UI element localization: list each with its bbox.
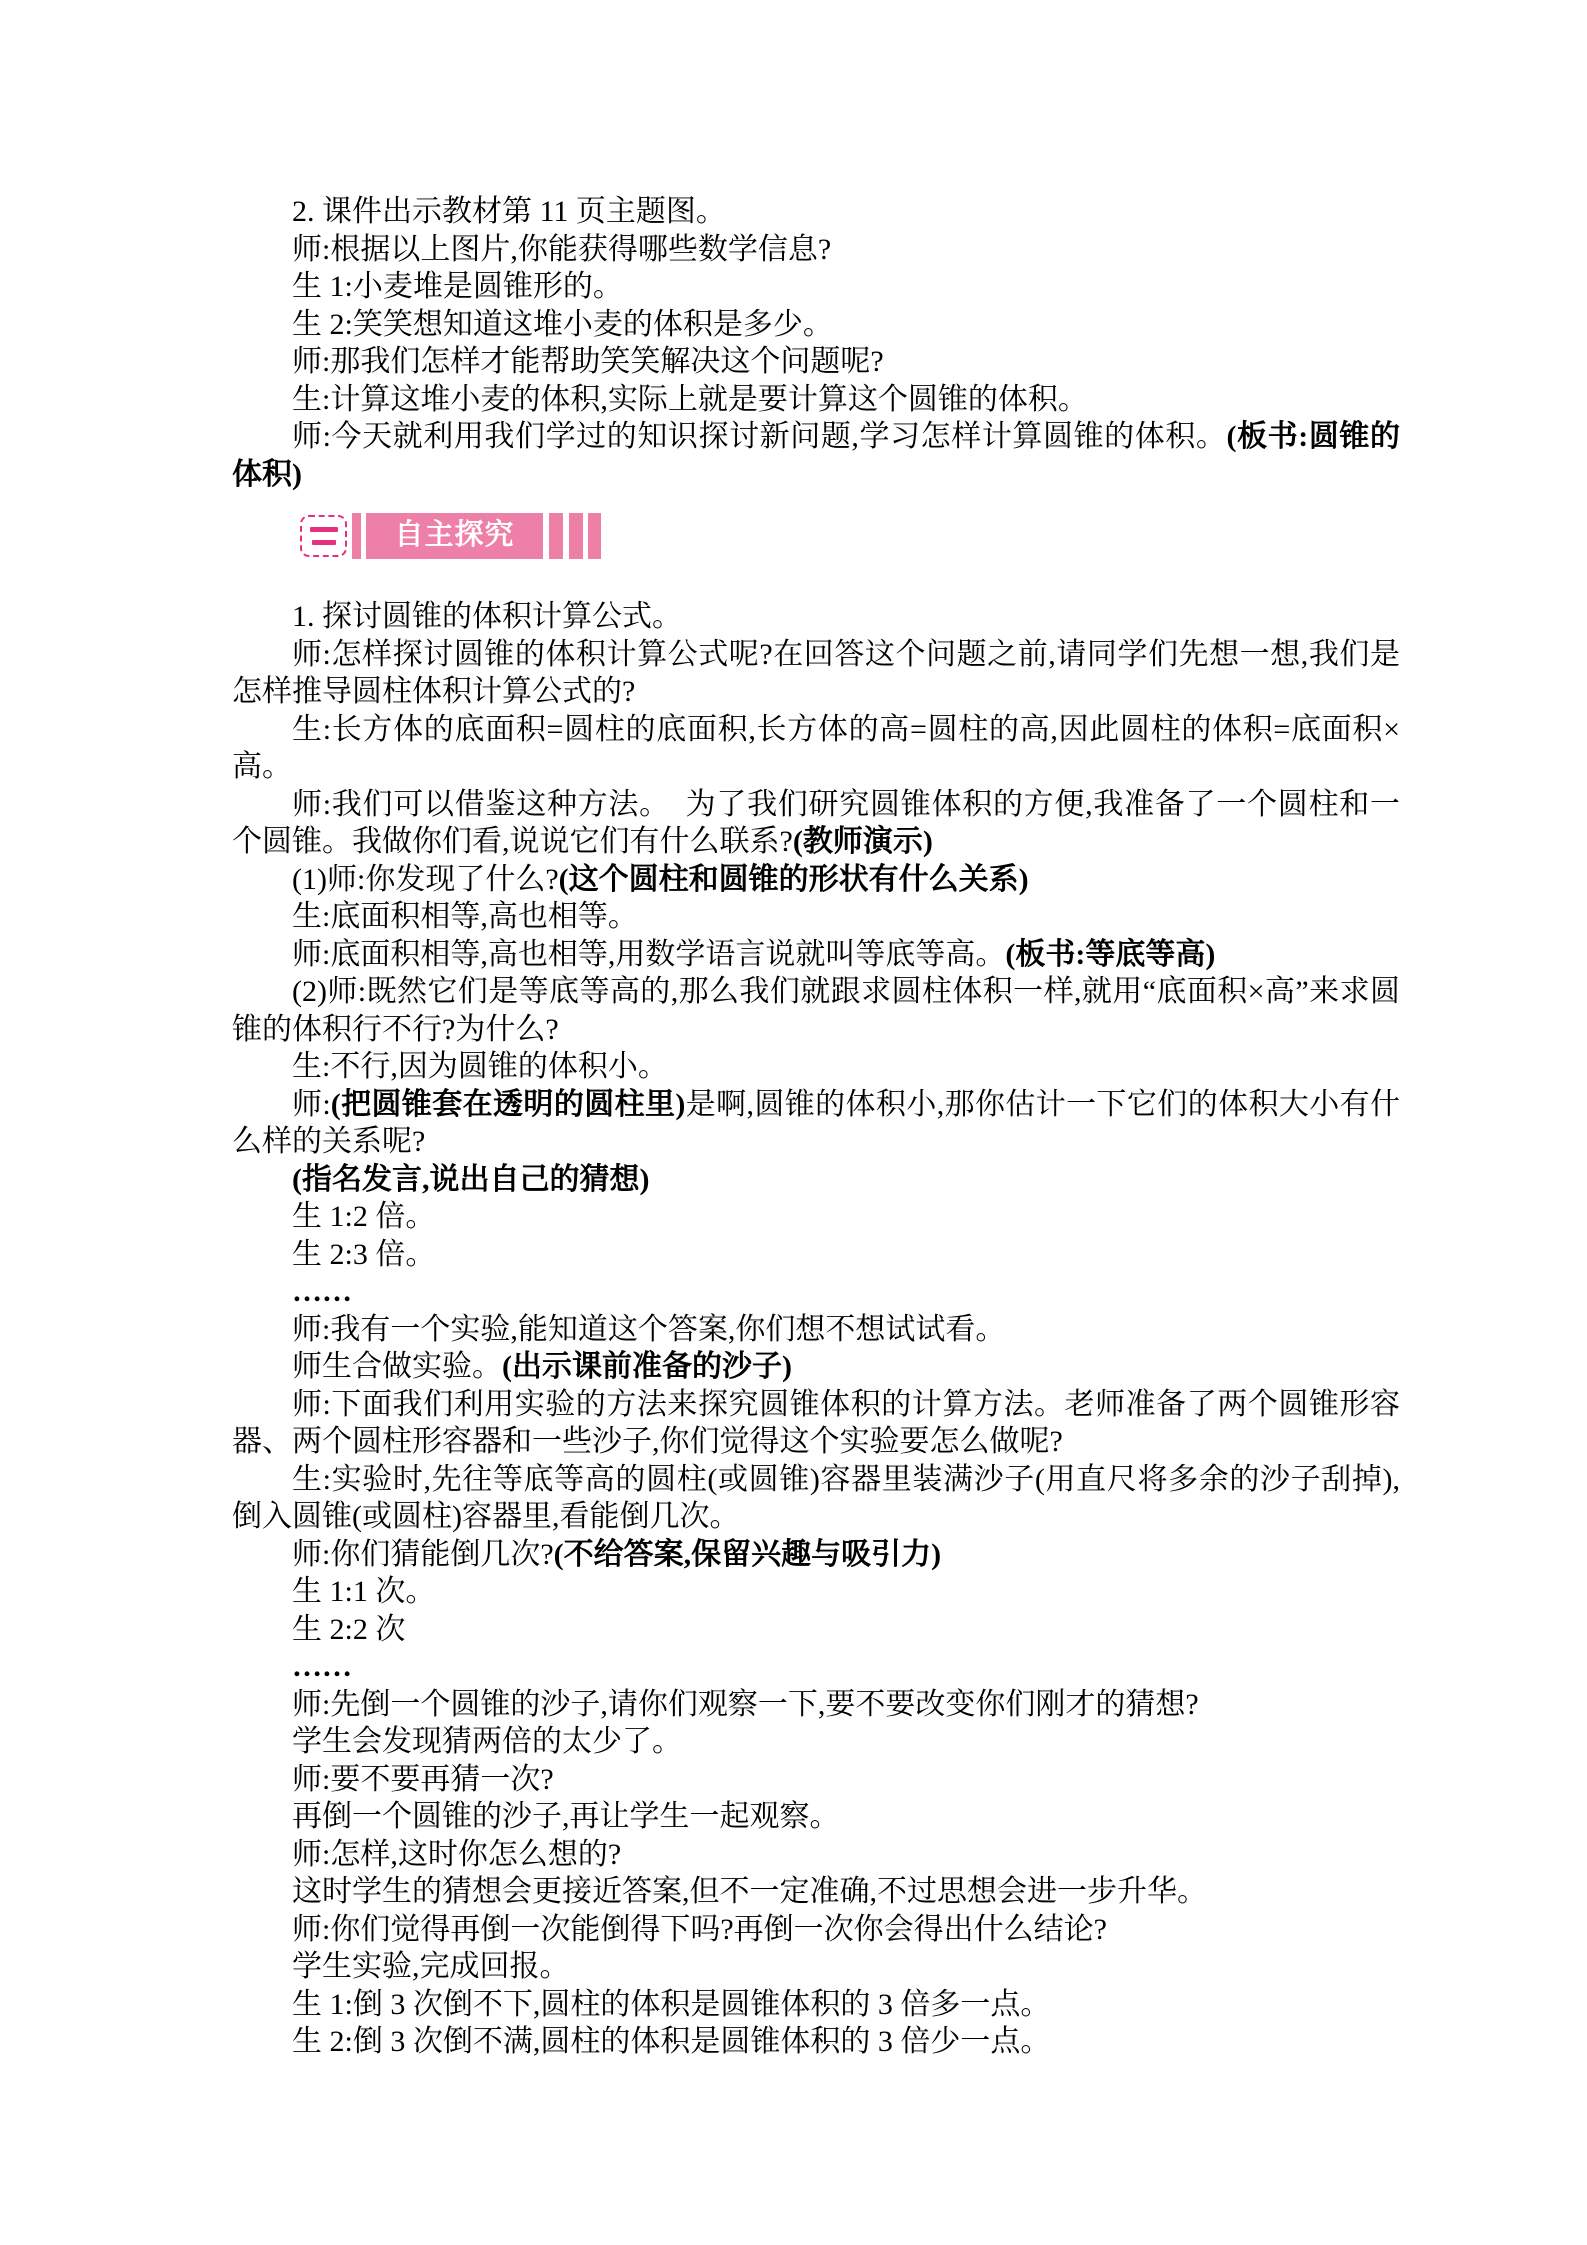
text-run: 生 2:2 次 xyxy=(292,1613,405,1646)
text-run: 生:不行,因为圆锥的体积小。 xyxy=(292,1050,668,1083)
paragraph: 2. 课件出示教材第 11 页主题图。 xyxy=(232,193,1400,231)
text-run: …… xyxy=(292,1275,352,1308)
paragraph: 生:实验时,先往等底等高的圆柱(或圆锥)容器里装满沙子(用直尺将多余的沙子刮掉)… xyxy=(232,1461,1400,1536)
text-run: 师:先倒一个圆锥的沙子,请你们观察一下,要不要改变你们刚才的猜想? xyxy=(292,1688,1199,1721)
text-run: 师:怎样,这时你怎么想的? xyxy=(292,1838,621,1871)
paragraph: 生 2:3 倍。 xyxy=(232,1236,1400,1274)
text-run: 师:下面我们利用实验的方法来探究圆锥体积的计算方法。老师准备了两个圆锥形容器、两… xyxy=(232,1388,1400,1459)
paragraph: (指名发言,说出自己的猜想) xyxy=(232,1161,1400,1199)
text-run: 师:你们猜能倒几次? xyxy=(292,1538,554,1571)
paragraph: 学生会发现猜两倍的太少了。 xyxy=(232,1723,1400,1761)
text-run: 师生合做实验。 xyxy=(292,1350,502,1383)
paragraph: (2)师:既然它们是等底等高的,那么我们就跟求圆柱体积一样,就用“底面积×高”来… xyxy=(232,973,1400,1048)
paragraph: 师:我们可以借鉴这种方法。 为了我们研究圆锥体积的方便,我准备了一个圆柱和一个圆… xyxy=(232,786,1400,861)
banner-bar xyxy=(569,513,583,559)
text-run: 学生会发现猜两倍的太少了。 xyxy=(292,1725,682,1758)
section-title: 自主探究 xyxy=(366,513,543,559)
paragraph: 师:底面积相等,高也相等,用数学语言说就叫等底等高。(板书:等底等高) xyxy=(232,936,1400,974)
text-run: 师: xyxy=(292,1088,331,1121)
paragraph: …… xyxy=(232,1648,1400,1686)
paragraph-group-intro: 2. 课件出示教材第 11 页主题图。师:根据以上图片,你能获得哪些数学信息?生… xyxy=(232,193,1400,493)
text-run: 生 2:3 倍。 xyxy=(292,1238,435,1271)
text-run: …… xyxy=(292,1650,352,1683)
paragraph: 生:不行,因为圆锥的体积小。 xyxy=(232,1048,1400,1086)
text-run: (出示课前准备的沙子) xyxy=(502,1350,792,1383)
text-run: 生 2:倒 3 次倒不满,圆柱的体积是圆锥体积的 3 倍少一点。 xyxy=(292,2025,1050,2058)
paragraph: 师:下面我们利用实验的方法来探究圆锥体积的计算方法。老师准备了两个圆锥形容器、两… xyxy=(232,1386,1400,1461)
paragraph-group-exploration: 1. 探讨圆锥的体积计算公式。师:怎样探讨圆锥的体积计算公式呢?在回答这个问题之… xyxy=(232,598,1400,2061)
text-run: 生:计算这堆小麦的体积,实际上就是要计算这个圆锥的体积。 xyxy=(292,383,1088,416)
text-run: 师:要不要再猜一次? xyxy=(292,1763,554,1796)
text-run: 生 1:2 倍。 xyxy=(292,1200,435,1233)
paragraph: 师:要不要再猜一次? xyxy=(232,1761,1400,1799)
paragraph: 师:你们觉得再倒一次能倒得下吗?再倒一次你会得出什么结论? xyxy=(232,1911,1400,1949)
text-run: 师:那我们怎样才能帮助笑笑解决这个问题呢? xyxy=(292,345,884,378)
paragraph: 生 2:倒 3 次倒不满,圆柱的体积是圆锥体积的 3 倍少一点。 xyxy=(232,2023,1400,2061)
paragraph: 师:今天就利用我们学过的知识探讨新问题,学习怎样计算圆锥的体积。(板书:圆锥的体… xyxy=(232,418,1400,493)
paragraph: 师生合做实验。(出示课前准备的沙子) xyxy=(232,1348,1400,1386)
text-run: 生 1:倒 3 次倒不下,圆柱的体积是圆锥体积的 3 倍多一点。 xyxy=(292,1988,1050,2021)
paragraph: 1. 探讨圆锥的体积计算公式。 xyxy=(232,598,1400,636)
section-number-glyph-stroke xyxy=(310,527,338,532)
text-run: 生 1:小麦堆是圆锥形的。 xyxy=(292,270,623,303)
text-run: 生 2:笑笑想知道这堆小麦的体积是多少。 xyxy=(292,308,833,341)
text-run: 师:我有一个实验,能知道这个答案,你们想不想试试看。 xyxy=(292,1313,1005,1346)
text-run: 这时学生的猜想会更接近答案,但不一定准确,不过思想会进一步升华。 xyxy=(292,1875,1207,1908)
paragraph: 学生实验,完成回报。 xyxy=(232,1948,1400,1986)
section-banner: 二 自主探究 xyxy=(300,513,603,559)
paragraph: 生 2:笑笑想知道这堆小麦的体积是多少。 xyxy=(232,306,1400,344)
paragraph: 师:怎样,这时你怎么想的? xyxy=(232,1836,1400,1874)
banner-bar xyxy=(549,513,563,559)
paragraph: 生:长方体的底面积=圆柱的底面积,长方体的高=圆柱的高,因此圆柱的体积=底面积×… xyxy=(232,711,1400,786)
text-run: 1. 探讨圆锥的体积计算公式。 xyxy=(292,600,682,633)
banner-stripe xyxy=(352,513,361,559)
paragraph: 生 1:倒 3 次倒不下,圆柱的体积是圆锥体积的 3 倍多一点。 xyxy=(232,1986,1400,2024)
paragraph: 师:(把圆锥套在透明的圆柱里)是啊,圆锥的体积小,那你估计一下它们的体积大小有什… xyxy=(232,1086,1400,1161)
banner-bar xyxy=(588,513,601,559)
text-run: 生:长方体的底面积=圆柱的底面积,长方体的高=圆柱的高,因此圆柱的体积=底面积×… xyxy=(232,713,1400,784)
paragraph: 生 1:1 次。 xyxy=(232,1573,1400,1611)
section-number-glyph-stroke xyxy=(312,540,336,545)
text-run: 师:你们觉得再倒一次能倒得下吗?再倒一次你会得出什么结论? xyxy=(292,1913,1107,1946)
text-run: 师:底面积相等,高也相等,用数学语言说就叫等底等高。 xyxy=(292,938,1005,971)
text-run: 2. 课件出示教材第 11 页主题图。 xyxy=(292,195,726,228)
text-run: (1)师:你发现了什么? xyxy=(292,863,559,896)
paragraph: 师:我有一个实验,能知道这个答案,你们想不想试试看。 xyxy=(232,1311,1400,1349)
text-run: 师:今天就利用我们学过的知识探讨新问题,学习怎样计算圆锥的体积。 xyxy=(292,420,1227,453)
text-run: 生:实验时,先往等底等高的圆柱(或圆锥)容器里装满沙子(用直尺将多余的沙子刮掉)… xyxy=(232,1463,1400,1534)
text-run: (板书:等底等高) xyxy=(1005,938,1215,971)
paragraph: …… xyxy=(232,1273,1400,1311)
text-run: (把圆锥套在透明的圆柱里) xyxy=(331,1088,686,1121)
section-number-badge: 二 xyxy=(300,515,347,557)
section-number: 二 xyxy=(323,536,324,537)
text-run: (2)师:既然它们是等底等高的,那么我们就跟求圆柱体积一样,就用“底面积×高”来… xyxy=(232,975,1400,1046)
text-run: 生 1:1 次。 xyxy=(292,1575,435,1608)
document-body: 2. 课件出示教材第 11 页主题图。师:根据以上图片,你能获得哪些数学信息?生… xyxy=(232,193,1400,2061)
text-run: (这个圆柱和圆锥的形状有什么关系) xyxy=(559,863,1029,896)
text-run: 学生实验,完成回报。 xyxy=(292,1950,570,1983)
text-run: 生:底面积相等,高也相等。 xyxy=(292,900,638,933)
paragraph: 生:计算这堆小麦的体积,实际上就是要计算这个圆锥的体积。 xyxy=(232,381,1400,419)
text-run: 师:怎样探讨圆锥的体积计算公式呢?在回答这个问题之前,请同学们先想一想,我们是怎… xyxy=(232,638,1400,709)
paragraph: 师:怎样探讨圆锥的体积计算公式呢?在回答这个问题之前,请同学们先想一想,我们是怎… xyxy=(232,636,1400,711)
paragraph: 师:那我们怎样才能帮助笑笑解决这个问题呢? xyxy=(232,343,1400,381)
paragraph: 师:你们猜能倒几次?(不给答案,保留兴趣与吸引力) xyxy=(232,1536,1400,1574)
text-run: (教师演示) xyxy=(793,825,933,858)
document-page: 2. 课件出示教材第 11 页主题图。师:根据以上图片,你能获得哪些数学信息?生… xyxy=(0,0,1587,2245)
paragraph: 师:先倒一个圆锥的沙子,请你们观察一下,要不要改变你们刚才的猜想? xyxy=(232,1686,1400,1724)
paragraph: 生 1:小麦堆是圆锥形的。 xyxy=(232,268,1400,306)
paragraph: (1)师:你发现了什么?(这个圆柱和圆锥的形状有什么关系) xyxy=(232,861,1400,899)
paragraph: 这时学生的猜想会更接近答案,但不一定准确,不过思想会进一步升华。 xyxy=(232,1873,1400,1911)
text-run: 再倒一个圆锥的沙子,再让学生一起观察。 xyxy=(292,1800,840,1833)
text-run: (不给答案,保留兴趣与吸引力) xyxy=(554,1538,941,1571)
text-run: (指名发言,说出自己的猜想) xyxy=(292,1163,649,1196)
paragraph: 生 1:2 倍。 xyxy=(232,1198,1400,1236)
paragraph: 再倒一个圆锥的沙子,再让学生一起观察。 xyxy=(232,1798,1400,1836)
paragraph: 师:根据以上图片,你能获得哪些数学信息? xyxy=(232,231,1400,269)
text-run: 师:根据以上图片,你能获得哪些数学信息? xyxy=(292,233,831,266)
paragraph: 生:底面积相等,高也相等。 xyxy=(232,898,1400,936)
paragraph: 生 2:2 次 xyxy=(232,1611,1400,1649)
